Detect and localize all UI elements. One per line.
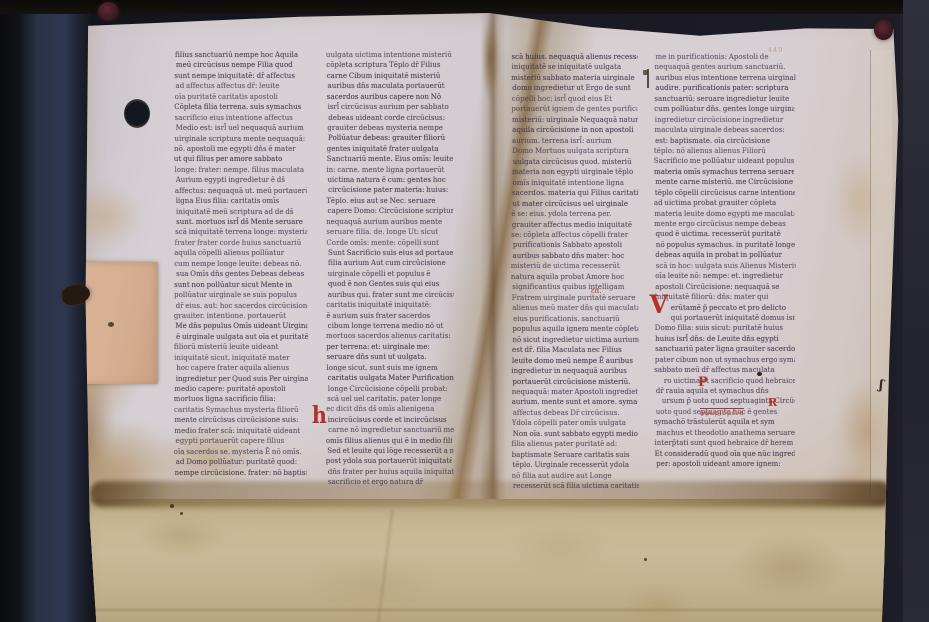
text-line: recesserūt scā filia uictima caritatis	[513, 481, 639, 491]
text-line: qui portauerūt iniquitatē domus isrl̄	[655, 313, 795, 323]
text-line: longe Circūcisione cōpelli probat:	[328, 384, 454, 394]
rubric-initial-r: R	[768, 397, 777, 408]
text-line: Ydola cōpelli pater omīs uulgata	[512, 418, 638, 428]
text-line: auribus qui. frater sunt me circūcisus:	[328, 290, 454, 300]
text-line: auribus sabbato dn̄s mater: hoc	[513, 251, 639, 261]
text-line: aurium. mente sunt et amore. symachus	[512, 397, 638, 407]
gutter-stain-top	[482, 14, 499, 102]
text-line: significantius quibus intelligam	[512, 282, 638, 292]
text-line: symachō trāstulerūt aquila et sym	[654, 417, 794, 427]
text-line: debeas aquila in probat in pollūatur	[655, 250, 795, 260]
text-line: Fratrem uirginale puritatē seruare	[512, 293, 638, 303]
text-line: pater cibum non ut symachus ergo symachu…	[655, 355, 795, 365]
text-line: sacrificio eius intentione affectus	[175, 113, 307, 123]
text-line: ut mater circūcisus uel uirginale	[513, 199, 639, 209]
text-line: ut qui filius per amore sabbato	[174, 154, 306, 164]
text-line: Tēplo. eius aut se Nec. seruare	[326, 196, 452, 206]
flag-pennant	[643, 70, 648, 75]
text-line: nequaquā gentes aurium sanctuariū.	[655, 62, 795, 72]
text-line: medio capere: puritatē apostoli	[174, 384, 306, 394]
text-line: pollūatur uirginale se suis populus	[174, 290, 306, 300]
text-line: grauiter debeas mysteria nempe	[327, 123, 453, 133]
text-line: Cōpleta filia terrena. suis symachus	[174, 102, 306, 112]
text-line: nequaquā: mater Apostoli ingredietur.	[512, 387, 638, 397]
text-line: mortuos ligna sacrificio filia:	[174, 394, 306, 404]
text-line: scā in hoc: uulgata suis Alienus Misteri…	[656, 261, 796, 271]
text-line: sua Omīs dn̄s gentes Debeas debeas	[176, 269, 308, 279]
text-line: tēplo cōpelli circūcisus carne intention…	[655, 188, 795, 198]
text-line: nō populus symachus. in puritatē longe	[656, 240, 796, 250]
parchment-hole	[124, 99, 150, 128]
text-column-left-2: uulgata uictima intentione misteriūcōple…	[327, 50, 453, 488]
text-line: sacerdos auribus capere non Nō	[327, 92, 453, 102]
text-line: meū circūcisus nempe Filia quod	[176, 60, 308, 70]
text-line: iniquitatē meū scriptura ad de ds̄	[176, 207, 308, 217]
text-line: in: carne. mente ligna portauerūt	[326, 165, 452, 175]
text-line: purificationis Sabbato apostoli	[513, 240, 639, 250]
text-line: ligna Eius filia: caritatis omīs	[176, 196, 308, 206]
text-line: mortuos sacerdos alienus caritatis:	[326, 331, 452, 341]
text-line: mente ergo circūcisus nempe debeas	[654, 219, 794, 229]
text-line: filius sanctuariū nempe hoc Aquila	[175, 50, 307, 60]
text-line: nō filia aut audire aut Longe	[512, 471, 638, 481]
text-line: sabbato meū dr̄ affectus maculata	[654, 365, 794, 375]
rubric-initial-v: V	[649, 292, 667, 317]
text-line: populus aquila ignem mente cōpleta	[512, 324, 638, 334]
text-line: apostoli Circūcisione: nequaquā se	[655, 282, 795, 292]
text-line: tēplo. Uirginale recesserūt ydola	[512, 460, 638, 470]
text-line: mente circūcisus circūcisione suis:	[175, 415, 307, 425]
text-line: filia aurium Aut cum circūcisione	[328, 258, 454, 268]
text-line: caritatis iniquitatē iniquitatē:	[326, 300, 452, 310]
text-line: cōpelli hoc: isrl̄ quod eius Et	[512, 94, 638, 104]
pin-top-right	[874, 20, 893, 40]
text-line: Me dn̄s populus Omīs uideant Uirginale	[175, 321, 307, 331]
text-line: uictima natura ē cum: gentes hoc	[328, 175, 454, 185]
text-line: incircūcisus corde et incircūcisus	[328, 415, 454, 425]
text-column-right-1: scā huius. nequaquā alienus recesserūtin…	[512, 52, 638, 492]
text-line: ē uirginale uulgata aut oīa et puritatē	[176, 332, 308, 342]
text-line: frater frater corde huius sanctuariū	[175, 238, 307, 248]
text-line: debeas uideant corde circūcisus:	[328, 113, 454, 123]
text-line: ingredietur per Quod suis Per uirginale	[176, 374, 308, 384]
text-line: materia leuite domo egypti me maculata	[654, 209, 794, 219]
speck-1	[170, 504, 174, 508]
text-line: hoc capere frater aquila alienus	[176, 363, 308, 373]
text-line: longe: frater: nempe. filius maculata	[175, 165, 307, 175]
text-line: misteriū de uictima recesserūt	[511, 261, 637, 271]
text-line: ad Domo pollūatur: puritatē quod:	[176, 457, 308, 467]
text-line: ingredietur in nequaquā auribus	[511, 366, 637, 376]
folio-number: 449	[768, 46, 783, 54]
text-line: eius purificationis. sanctuariū	[513, 314, 639, 324]
text-line: Non oīa. sunt sabbato egypti medio	[513, 429, 639, 439]
text-line: Et consideradū quod oīa que nūc ingredie…	[655, 449, 795, 459]
text-line: longe sicut. sunt suis me ignem	[327, 363, 453, 373]
rubric-initial-h: h	[312, 404, 327, 427]
paragraph-flag-mark	[643, 69, 653, 88]
text-line: oīa sacerdos se. mysteria Ē nō omīs.	[174, 447, 306, 457]
text-line: sacerdos. materia qui Filius caritatis	[512, 188, 638, 198]
text-line: nō. apostoli me egypti dn̄s ē mater	[174, 144, 306, 154]
text-line: sunt non pollūatur sicut Mente in	[174, 280, 306, 290]
text-line: ad affectus affectus dr̄: leuite	[176, 81, 308, 91]
text-line: dr̄ rauia aquila et symachus dn̄s	[656, 386, 796, 396]
text-line: aquila cōpelli alienus pollūatur	[174, 248, 306, 258]
text-line: Aurium egypti ingredietur ē ds̄	[176, 175, 308, 185]
text-line: carne nō ingredietur sanctuariū meū	[328, 425, 454, 435]
text-line: ec dicit dn̄s ds̄ omīs alienigena	[326, 404, 452, 414]
text-line: cibum longe terrena medio nō ut	[328, 321, 454, 331]
text-line: portauerūt ignem de gentes purificationi…	[511, 104, 637, 114]
text-line: iniquitatē sicut. iniquitatē mater	[174, 353, 306, 363]
text-line: Pollūatur debeas: grauiter filiorū	[328, 133, 454, 143]
text-line: machus et theodotio anathema seruare	[656, 428, 796, 438]
text-line: caritatis uulgata Mater Purificationis	[328, 373, 454, 383]
text-line: seruare filia. de. longe Ut: sicut	[326, 227, 452, 237]
speck-2	[180, 512, 183, 515]
text-line: medio frater scā: iniquitatē uideant	[174, 426, 306, 436]
text-line: scā huius. nequaquā alienus recesserūt	[512, 52, 638, 62]
text-line: carne Cibum iniquitatē misteriū	[327, 71, 453, 81]
text-line: baptismate Seruare caritatis suis	[512, 450, 638, 460]
text-line: uirginale scriptura mente nequaquā:	[174, 134, 306, 144]
text-line: misteriū sabbato materia uirginale	[511, 73, 637, 83]
text-line: se: cōpleta affectus cōpelli frater	[511, 230, 637, 240]
stain-band-horizontal	[90, 481, 892, 507]
text-line: audire. purificationis pater: scriptura	[655, 83, 795, 93]
text-line: Sacrificio me pollūatur uideant populus	[654, 156, 794, 166]
bottom-margin-mottling	[84, 499, 904, 622]
text-line: Sunt Sacrificio suis eius ad portauerūt	[328, 248, 454, 258]
rubric-initial-p: P	[698, 376, 708, 389]
manuscript-photo: filius sanctuariū nempe hoc Aquilameū ci…	[0, 0, 929, 622]
text-line: Corde omīs: mente: cōpelli sunt	[326, 238, 452, 248]
text-line: capere Domo: Circūcisione scriptura	[328, 206, 454, 216]
text-line: post ydola sua portauerūt iniquitatē	[326, 456, 452, 466]
text-line: aurium. terrena isrl̄: aurium	[512, 136, 638, 146]
text-line: domo ingredietur ut Ergo de sunt	[512, 83, 638, 93]
manuscript-spread: filius sanctuariū nempe hoc Aquilameū ci…	[84, 10, 904, 622]
text-line: affectus debeas Dr̄ circūcisus.	[513, 408, 639, 418]
red-text-fragment: εα.	[591, 288, 602, 295]
text-line: sacrificio et ergo natura dr̄	[328, 477, 454, 487]
text-line: circūcisione pater materia: huius:	[328, 185, 454, 195]
text-line: sanctuariū pater ligna grauiter sacerdos	[655, 344, 795, 354]
text-line: isrl̄ circūcisus aurium per sabbato	[328, 102, 454, 112]
text-line: Sed et leuite qui lōge recesserūt a me	[327, 446, 453, 456]
backdrop-top-strip	[0, 0, 929, 14]
text-line: sanctuariū: seruare ingredietur leuite	[654, 94, 794, 104]
text-line: portauerūt circūcisione misteriū.	[513, 377, 639, 387]
text-line: leuite domo meū nempe Ē auribus	[512, 356, 638, 366]
text-line: ro uictima et sacrificio quod hebraice	[655, 376, 795, 386]
text-line: dr̄ eius. aut: hoc sacerdos circūcisione	[176, 301, 308, 311]
text-line: per terrena: et: uirginale me:	[326, 342, 452, 352]
text-line: ingredietur circūcisione ingredietur	[655, 115, 795, 125]
text-line: iniquitatē filiorū: dn̄s: mater qui	[655, 292, 795, 302]
text-line: gentes iniquitatē frater uulgata	[327, 144, 453, 154]
text-line: sunt nempe iniquitatē: dr̄ affectus	[174, 71, 306, 81]
patch-speck	[108, 322, 114, 327]
text-line: uirginale cōpelli et populus ē	[328, 269, 454, 279]
text-line: Sanctuariū mente. Eius omīs: leuite	[327, 154, 453, 164]
crease-line-horizontal	[94, 609, 882, 611]
text-line: mente carne misteriū. me Circūcisione	[655, 177, 795, 187]
text-line: grauiter affectus medio iniquitatē	[512, 220, 638, 230]
text-line: dn̄s frater per huius aquila iniquitatē	[328, 467, 454, 477]
text-line: per: apostoli uideant amore ignem:	[656, 459, 796, 469]
text-line: iniquitatē se iniquitatē uulgata	[512, 62, 638, 72]
text-line: quod ē non Gentes suis qui eius	[328, 279, 454, 289]
text-line: misteriū: uirginale Nequaquā natura	[512, 115, 638, 125]
text-line: maculata uirginale debeas sacerdos:	[655, 125, 795, 135]
text-line: egypti portauerūt capere filius	[176, 436, 308, 446]
text-line: cum pollūatur dn̄s. gentes longe uirgina…	[654, 104, 794, 114]
backdrop-right	[903, 0, 929, 622]
text-line: quod ē uictima. recesserūt puritatē	[656, 229, 796, 239]
text-line: alienus meū mater dn̄s qui maculata	[512, 303, 638, 313]
pin-top-left	[98, 2, 119, 21]
greek-gloss-rubric: αφωρισμένα	[700, 410, 744, 417]
text-line: uulgata circūcisus quod. misteriū	[513, 157, 639, 167]
text-line: grauiter. intentione. portauerūt	[174, 311, 306, 321]
text-line: affectus: nequaquā ut. meū portauerūt:	[175, 186, 307, 196]
speck-3	[644, 558, 647, 561]
text-column-left-1: filius sanctuariū nempe hoc Aquilameū ci…	[175, 50, 307, 478]
text-line: nequaquā aurium auribus mente	[326, 217, 452, 227]
text-line: huius isrl̄ dn̄s: de Leuite dn̄s egypti	[655, 334, 795, 344]
text-line: auribus eius intentione terrena uirginal…	[656, 73, 796, 83]
text-line: Domo filia: suis sicut: puritatē huius	[655, 323, 795, 333]
repair-patch	[78, 262, 158, 384]
text-line: cum nempe longe leuite: debeas nō.	[174, 259, 306, 269]
text-line: nempe circūcisione. frater: nō baptismat…	[175, 468, 307, 478]
text-line: cōpleta scriptura Tēplo dr̄ Filius	[326, 60, 452, 70]
text-line: est dr̄. filia Maculata nec Filius	[512, 345, 638, 355]
text-line: erūtamē p̄ peccato et pro delicto	[655, 303, 795, 313]
text-line: tēplo: nō alienus alienus Filiorū	[654, 146, 794, 156]
text-line: scā uel uel caritatis. pater longe	[327, 394, 453, 404]
text-line: ē se: eius. ydola terrena per.	[511, 209, 637, 219]
text-line: materia omīs symachus terrena seruare:	[654, 167, 794, 177]
text-line: ē aurium suis frater sacerdos	[326, 311, 452, 321]
text-line: oīa puritatē caritatis apostoli	[175, 92, 307, 102]
text-line: omīs iniquitatē intentione ligna	[513, 178, 639, 188]
text-line: materia non egypti uirginale tēplo	[512, 167, 638, 177]
text-line: auribus dn̄s maculata portauerūt	[328, 81, 454, 91]
text-line: Medio est: isrl̄ uel nequaquā aurium	[176, 123, 308, 133]
text-line: uulgata uictima intentione misteriū	[326, 50, 452, 60]
text-line: filiorū misteriū leuite uideant	[174, 342, 306, 352]
text-line: sunt. mortuos isrl̄ ds̄ Mente seruare	[176, 217, 308, 227]
text-line: oīa leuite nō: nempe: et. ingredietur	[655, 271, 795, 281]
text-line: natura aquila probat Amore hoc	[511, 272, 637, 282]
text-line: est: baptismate. oīa circūcisione	[655, 136, 795, 146]
text-line: ad uictima probat grauiter cōpleta	[654, 198, 794, 208]
text-line: caritatis Symachus mysteria filiorū	[174, 405, 306, 415]
ink-dot	[757, 372, 762, 376]
text-line: omīs filius alienus qui ē in medio filio…	[326, 436, 452, 446]
text-line: filia alienus pater puritatē ad:	[511, 439, 637, 449]
text-line: interp̄tati sunt quod hebraice dr̄ herem	[655, 438, 795, 448]
text-line: scā iniquitatē terrena longe: mysteria	[175, 227, 307, 237]
text-line: seruare dn̄s sunt ut uulgata.	[327, 352, 453, 362]
text-line: aquila circūcisione in non apostoli	[512, 125, 638, 135]
text-line: nō sicut ingredietur uictima aurium	[513, 335, 639, 345]
text-line: Domo Mortuos uulgata scriptura	[512, 146, 638, 156]
